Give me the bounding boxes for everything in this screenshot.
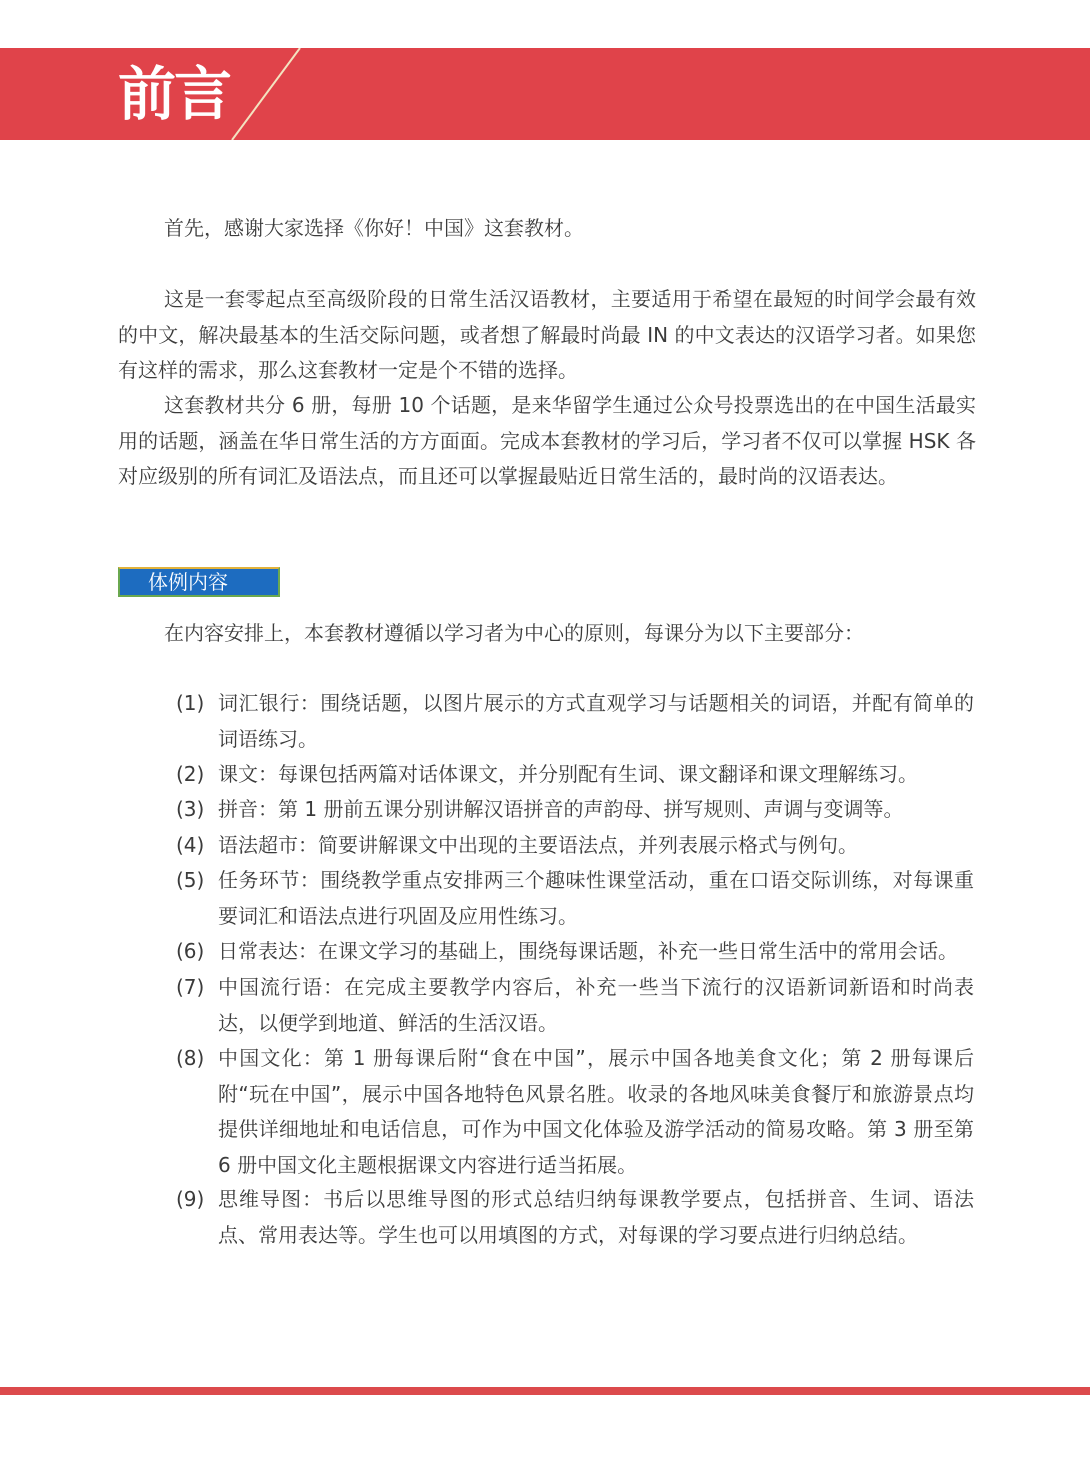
section-lead: 在内容安排上，本套教材遵循以学习者为中心的原则，每课分为以下主要部分： — [118, 616, 976, 652]
list-item-number: (7) — [176, 970, 218, 1006]
list-item: (2) 课文：每课包括两篇对话体课文，并分别配有生词、课文翻译和课文理解练习。 — [176, 757, 976, 793]
list-item: (6) 日常表达：在课文学习的基础上，围绕每课话题，补充一些日常生活中的常用会话… — [176, 934, 976, 970]
list-item-number: (5) — [176, 863, 218, 899]
list-item-number: (8) — [176, 1041, 218, 1077]
list-item: (7) 中国流行语：在完成主要教学内容后，补充一些当下流行的汉语新词新语和时尚表… — [176, 970, 976, 1041]
list-item-text: 任务环节：围绕教学重点安排两三个趣味性课堂活动，重在口语交际训练，对每课重要词汇… — [218, 863, 974, 934]
section-badge: 体例内容 — [118, 567, 280, 597]
list-item-text: 中国流行语：在完成主要教学内容后，补充一些当下流行的汉语新词新语和时尚表达，以便… — [218, 970, 974, 1041]
list-item-number: (1) — [176, 686, 218, 722]
list-item-text: 词汇银行：围绕话题，以图片展示的方式直观学习与话题相关的词语，并配有简单的词语练… — [218, 686, 974, 757]
list-item: (1) 词汇银行：围绕话题，以图片展示的方式直观学习与话题相关的词语，并配有简单… — [176, 686, 976, 757]
list-item-number: (2) — [176, 757, 218, 793]
list-item-text: 思维导图：书后以思维导图的形式总结归纳每课教学要点，包括拼音、生词、语法点、常用… — [218, 1182, 974, 1253]
list-item-text: 课文：每课包括两篇对话体课文，并分别配有生词、课文翻译和课文理解练习。 — [218, 757, 974, 793]
section-badge-label: 体例内容 — [148, 569, 228, 596]
list-item-number: (6) — [176, 934, 218, 970]
list-item-number: (3) — [176, 792, 218, 828]
list-item-text: 语法超市：简要讲解课文中出现的主要语法点，并列表展示格式与例句。 — [218, 828, 974, 864]
intro-paragraph-2: 这是一套零起点至高级阶段的日常生活汉语教材，主要适用于希望在最短的时间学会最有效… — [118, 282, 976, 389]
list-item: (8) 中国文化：第 1 册每课后附“食在中国”，展示中国各地美食文化；第 2 … — [176, 1041, 976, 1183]
list-item-number: (4) — [176, 828, 218, 864]
list-item: (9) 思维导图：书后以思维导图的形式总结归纳每课教学要点，包括拼音、生词、语法… — [176, 1182, 976, 1253]
list-item: (3) 拼音：第 1 册前五课分别讲解汉语拼音的声韵母、拼写规则、声调与变调等。 — [176, 792, 976, 828]
page-title: 前言 — [118, 62, 230, 126]
list-item: (5) 任务环节：围绕教学重点安排两三个趣味性课堂活动，重在口语交际训练，对每课… — [176, 863, 976, 934]
list-item: (4) 语法超市：简要讲解课文中出现的主要语法点，并列表展示格式与例句。 — [176, 828, 976, 864]
footer-rule — [0, 1387, 1090, 1395]
intro-paragraph-1: 首先，感谢大家选择《你好！中国》这套教材。 — [118, 211, 976, 247]
list-item-text: 拼音：第 1 册前五课分别讲解汉语拼音的声韵母、拼写规则、声调与变调等。 — [218, 792, 974, 828]
list-item-text: 日常表达：在课文学习的基础上，围绕每课话题，补充一些日常生活中的常用会话。 — [218, 934, 974, 970]
list-item-number: (9) — [176, 1182, 218, 1218]
intro-paragraph-3: 这套教材共分 6 册，每册 10 个话题，是来华留学生通过公众号投票选出的在中国… — [118, 388, 976, 495]
list-item-text: 中国文化：第 1 册每课后附“食在中国”，展示中国各地美食文化；第 2 册每课后… — [218, 1041, 974, 1183]
